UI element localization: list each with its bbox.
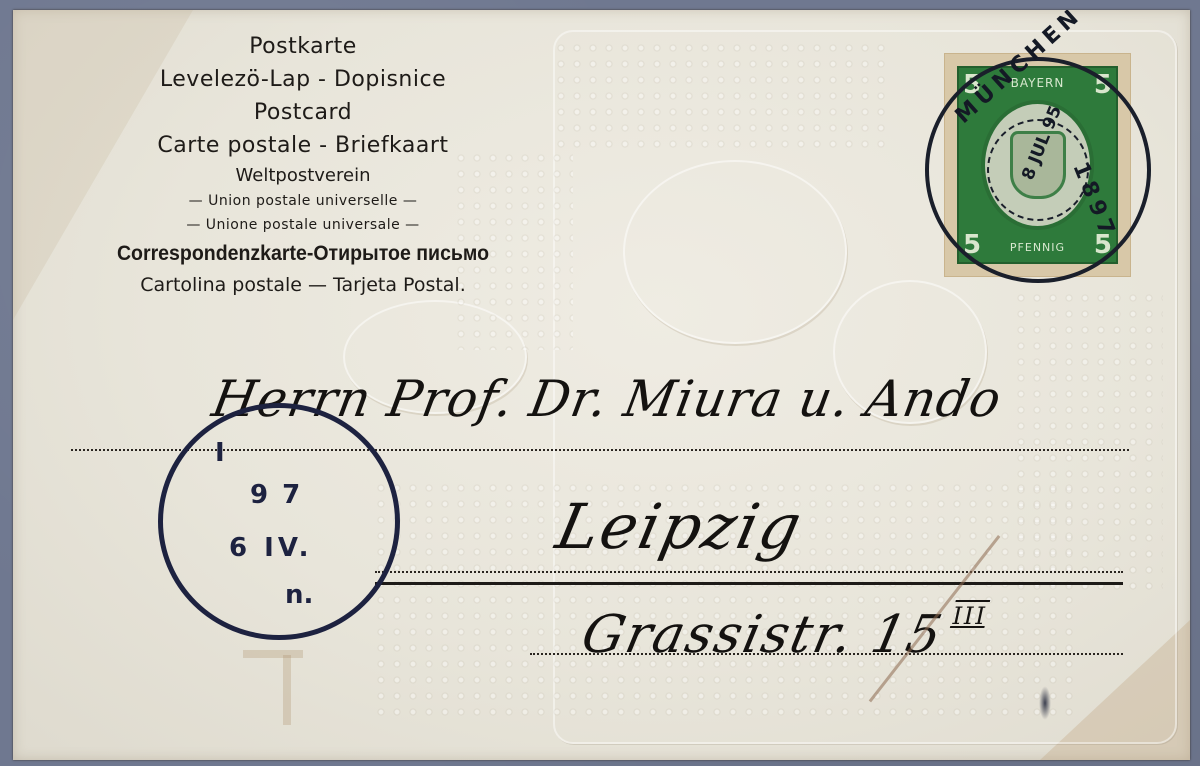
arrival-postmark-top: I [215,438,225,468]
arrival-postmark-suffix: n. [285,580,313,610]
printed-header: Postkarte Levelezö-Lap - Dopisnice Postc… [53,30,553,299]
header-line-union: — Union postale universelle — [53,189,553,213]
arrival-postmark-year: 97 [250,480,314,510]
floor-superscript: III [949,602,989,630]
address-line-2 [375,571,1123,573]
header-line-postcard: Postcard [53,96,553,129]
street-text: Grassistr. 15 [577,605,949,665]
header-line-weltpostverein: Weltpostverein [53,162,553,189]
city-underline [375,582,1123,585]
origin-postmark: MÜNCHEN 2 B.P. 1897 8 JUL 95 [925,57,1151,283]
header-line-carte-postale: Carte postale - Briefkaart [53,129,553,162]
ink-smudge [1039,686,1051,720]
header-line-unione: — Unione postale universale — [53,213,553,237]
handwritten-city: Leipzig [550,490,809,563]
header-line-cartolina: Cartolina postale — Tarjeta Postal. [53,271,553,299]
embossed-flowers [553,40,893,150]
arrival-postmark: I 97 6 IV. n. [158,403,400,640]
arrival-postmark-date: 6 IV. [229,533,312,563]
header-line-postkarte: Postkarte [53,30,553,63]
header-line-levelezo: Levelezö-Lap - Dopisnice [53,63,553,96]
postcard: Postkarte Levelezö-Lap - Dopisnice Postc… [13,10,1190,760]
stain [283,655,291,725]
handwritten-street: Grassistr. 15III [577,605,990,665]
header-line-correspondenzkarte: Correspondenzkarte-Отирытое письмо [71,237,536,271]
embossed-figure [623,160,847,344]
stain [243,650,303,658]
